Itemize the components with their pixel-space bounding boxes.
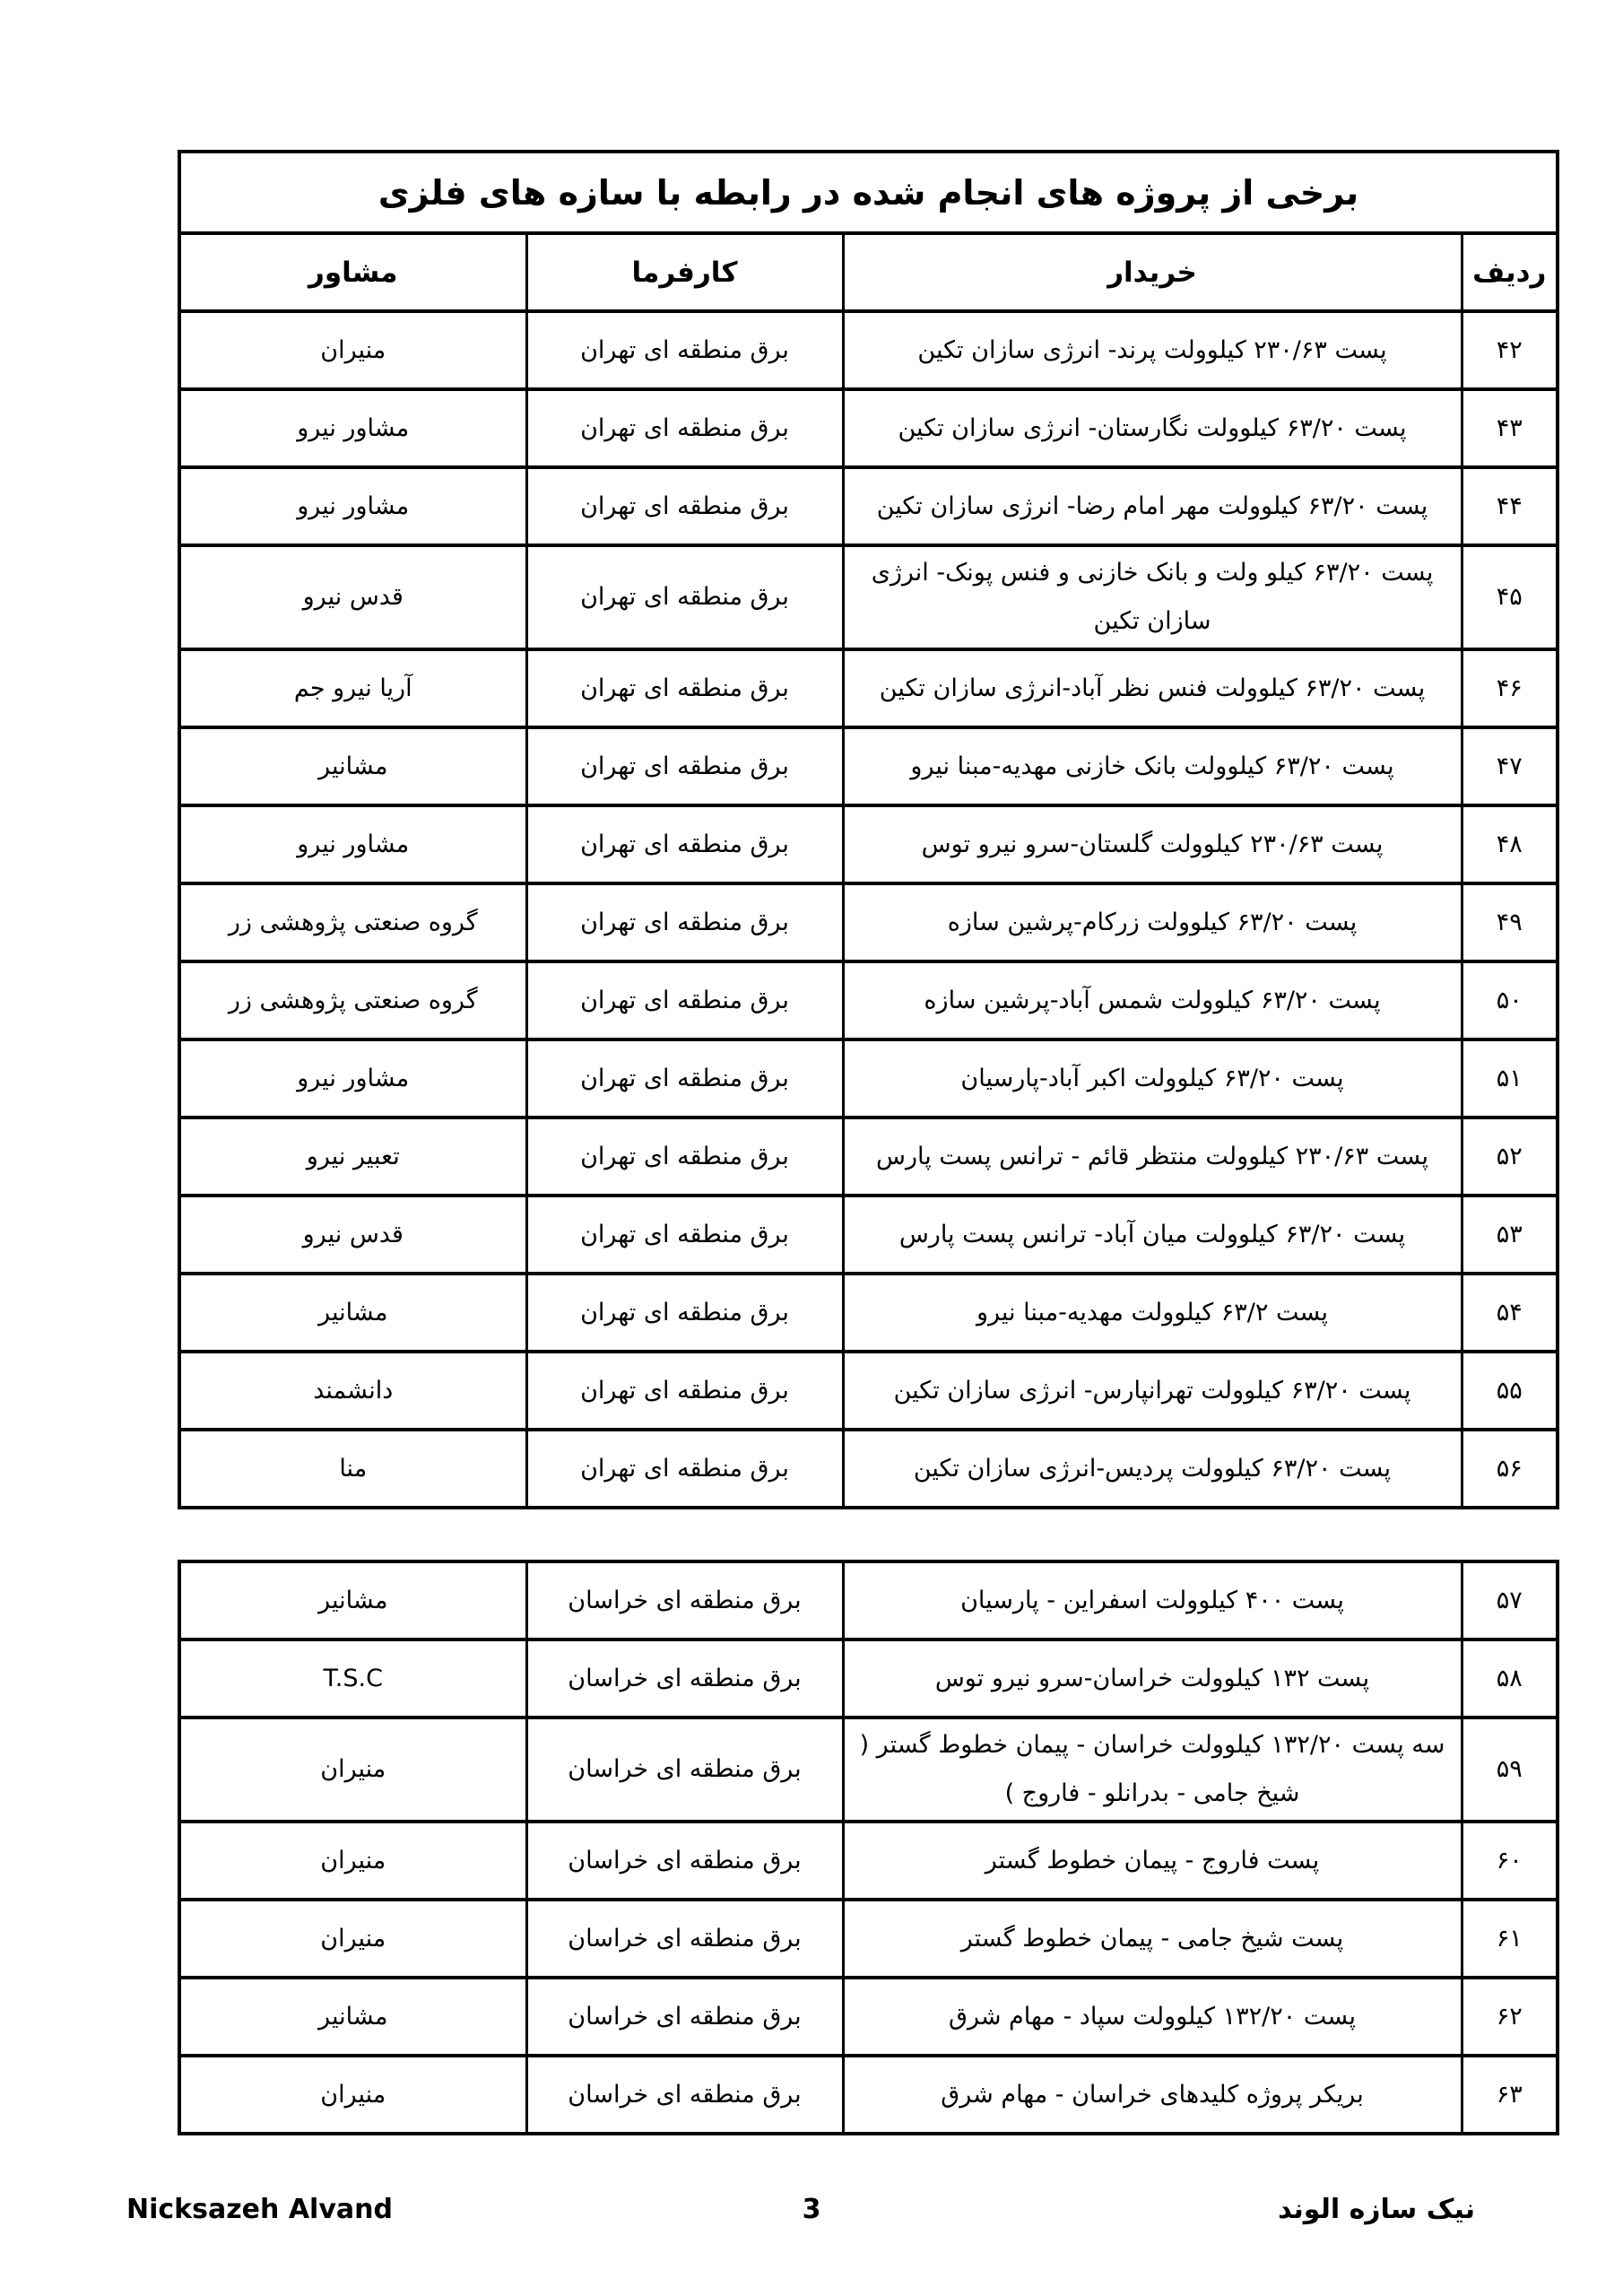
employer-cell: برق منطقه ای خراسان <box>526 1900 843 1978</box>
table-row: ۵۸ پست ۱۳۲ کیلوولت خراسان-سرو نیرو توس ب… <box>179 1639 1558 1718</box>
table-row: ۴۶ پست ۶۳/۲۰ کیلوولت فنس نظر آباد-انرژی … <box>179 649 1558 727</box>
buyer-cell: پست ۴۰۰ کیلوولت اسفراین - پارسیان <box>843 1561 1462 1639</box>
employer-cell: برق منطقه ای تهران <box>526 389 843 467</box>
table-row: ۴۸ پست ۲۳۰/۶۳ کیلوولت گلستان-سرو نیرو تو… <box>179 805 1558 883</box>
consultant-cell: مشانیر <box>179 727 526 805</box>
employer-cell: برق منطقه ای تهران <box>526 1196 843 1274</box>
consultant-cell: آریا نیرو جم <box>179 649 526 727</box>
table-title-row: برخی از پروژه های انجام شده در رابطه با … <box>179 152 1558 233</box>
table-row: ۵۶ پست ۶۳/۲۰ کیلوولت پردیس-انرژی سازان ت… <box>179 1430 1558 1508</box>
consultant-cell: مشانیر <box>179 1561 526 1639</box>
buyer-cell: پست ۶۳/۲۰ کیلوولت فنس نظر آباد-انرژی ساز… <box>843 649 1462 727</box>
employer-cell: برق منطقه ای تهران <box>526 1118 843 1196</box>
employer-cell: برق منطقه ای خراسان <box>526 1561 843 1639</box>
consultant-cell: مشاور نیرو <box>179 1039 526 1118</box>
buyer-cell: پست ۶۳/۲۰ کیلوولت زرکام-پرشین سازه <box>843 883 1462 961</box>
row-number-cell: ۴۴ <box>1462 467 1558 545</box>
employer-cell: برق منطقه ای تهران <box>526 1039 843 1118</box>
employer-cell: برق منطقه ای خراسان <box>526 1718 843 1822</box>
col-header-buyer: خریدار <box>843 233 1462 311</box>
table-row: ۵۴ پست ۶۳/۲ کیلوولت مهدیه-مبنا نیرو برق … <box>179 1274 1558 1352</box>
table-row: ۶۰ پست فاروج - پیمان خطوط گستر برق منطقه… <box>179 1822 1558 1900</box>
row-number-cell: ۵۵ <box>1462 1352 1558 1430</box>
consultant-cell: گروه صنعتی پژوهشی زر <box>179 961 526 1039</box>
buyer-cell: پست شیخ جامی - پیمان خطوط گستر <box>843 1900 1462 1978</box>
row-number-cell: ۵۱ <box>1462 1039 1558 1118</box>
consultant-cell: قدس نیرو <box>179 545 526 649</box>
row-number-cell: ۵۶ <box>1462 1430 1558 1508</box>
consultant-cell: منیران <box>179 311 526 389</box>
row-number-cell: ۶۱ <box>1462 1900 1558 1978</box>
employer-cell: برق منطقه ای تهران <box>526 883 843 961</box>
consultant-cell: T.S.C <box>179 1639 526 1718</box>
consultant-cell: مشاور نیرو <box>179 805 526 883</box>
employer-cell: برق منطقه ای تهران <box>526 727 843 805</box>
table-title: برخی از پروژه های انجام شده در رابطه با … <box>179 152 1558 233</box>
table1-body: ۴۲ پست ۲۳۰/۶۳ کیلوولت پرند- انرژی سازان … <box>179 311 1558 1508</box>
buyer-cell: پست ۲۳۰/۶۳ کیلوولت گلستان-سرو نیرو توس <box>843 805 1462 883</box>
table-row: ۵۲ پست ۲۳۰/۶۳ کیلوولت منتظر قائم - ترانس… <box>179 1118 1558 1196</box>
consultant-cell: دانشمند <box>179 1352 526 1430</box>
employer-cell: برق منطقه ای تهران <box>526 1274 843 1352</box>
row-number-cell: ۵۸ <box>1462 1639 1558 1718</box>
consultant-cell: مشاور نیرو <box>179 467 526 545</box>
table-row: ۶۲ پست ۱۳۲/۲۰ کیلوولت سپاد - مهام شرق بر… <box>179 1978 1558 2056</box>
row-number-cell: ۵۹ <box>1462 1718 1558 1822</box>
col-header-row-number: ردیف <box>1462 233 1558 311</box>
buyer-cell: پست ۱۳۲/۲۰ کیلوولت سپاد - مهام شرق <box>843 1978 1462 2056</box>
consultant-cell: مشاور نیرو <box>179 389 526 467</box>
buyer-cell: پست فاروج - پیمان خطوط گستر <box>843 1822 1462 1900</box>
table-row: ۵۰ پست ۶۳/۲۰ کیلوولت شمس آباد-پرشین سازه… <box>179 961 1558 1039</box>
projects-table-tehran: برخی از پروژه های انجام شده در رابطه با … <box>178 150 1559 1509</box>
employer-cell: برق منطقه ای تهران <box>526 649 843 727</box>
row-number-cell: ۴۷ <box>1462 727 1558 805</box>
buyer-cell: پست ۶۳/۲۰ کیلوولت پردیس-انرژی سازان تکین <box>843 1430 1462 1508</box>
row-number-cell: ۵۴ <box>1462 1274 1558 1352</box>
employer-cell: برق منطقه ای تهران <box>526 311 843 389</box>
consultant-cell: منیران <box>179 2056 526 2134</box>
row-number-cell: ۴۳ <box>1462 389 1558 467</box>
projects-table-khorasan: ۵۷ پست ۴۰۰ کیلوولت اسفراین - پارسیان برق… <box>178 1560 1559 2135</box>
document-page: برخی از پروژه های انجام شده در رابطه با … <box>0 0 1623 2296</box>
buyer-cell: پست ۶۳/۲۰ کیلوولت میان آباد- ترانس پست پ… <box>843 1196 1462 1274</box>
consultant-cell: منیران <box>179 1718 526 1822</box>
buyer-cell: بریکر پروژه کلیدهای خراسان - مهام شرق <box>843 2056 1462 2134</box>
buyer-cell: پست ۶۳/۲ کیلوولت مهدیه-مبنا نیرو <box>843 1274 1462 1352</box>
table-row: ۵۷ پست ۴۰۰ کیلوولت اسفراین - پارسیان برق… <box>179 1561 1558 1639</box>
row-number-cell: ۵۳ <box>1462 1196 1558 1274</box>
col-header-consultant: مشاور <box>179 233 526 311</box>
consultant-cell: تعبیر نیرو <box>179 1118 526 1196</box>
consultant-cell: مشانیر <box>179 1978 526 2056</box>
buyer-cell: پست ۶۳/۲۰ کیلوولت بانک خازنی مهدیه-مبنا … <box>843 727 1462 805</box>
consultant-cell: قدس نیرو <box>179 1196 526 1274</box>
table-row: ۴۷ پست ۶۳/۲۰ کیلوولت بانک خازنی مهدیه-مب… <box>179 727 1558 805</box>
table-row: ۶۳ بریکر پروژه کلیدهای خراسان - مهام شرق… <box>179 2056 1558 2134</box>
consultant-cell: مشانیر <box>179 1274 526 1352</box>
row-number-cell: ۵۷ <box>1462 1561 1558 1639</box>
table-row: ۴۲ پست ۲۳۰/۶۳ کیلوولت پرند- انرژی سازان … <box>179 311 1558 389</box>
buyer-cell: پست ۲۳۰/۶۳ کیلوولت پرند- انرژی سازان تکی… <box>843 311 1462 389</box>
table-row: ۴۹ پست ۶۳/۲۰ کیلوولت زرکام-پرشین سازه بر… <box>179 883 1558 961</box>
employer-cell: برق منطقه ای خراسان <box>526 2056 843 2134</box>
row-number-cell: ۶۲ <box>1462 1978 1558 2056</box>
buyer-cell: سه پست ۱۳۲/۲۰ کیلوولت خراسان - پیمان خطو… <box>843 1718 1462 1822</box>
footer-company-name-persian: نیک سازه الوند <box>1278 2194 1475 2225</box>
buyer-cell: پست ۶۳/۲۰ کیلوولت نگارستان- انرژی سازان … <box>843 389 1462 467</box>
employer-cell: برق منطقه ای تهران <box>526 467 843 545</box>
employer-cell: برق منطقه ای تهران <box>526 805 843 883</box>
row-number-cell: ۴۹ <box>1462 883 1558 961</box>
page-content: برخی از پروژه های انجام شده در رابطه با … <box>178 150 1556 2135</box>
buyer-cell: پست ۶۳/۲۰ کیلوولت تهرانپارس- انرژی سازان… <box>843 1352 1462 1430</box>
table-row: ۵۳ پست ۶۳/۲۰ کیلوولت میان آباد- ترانس پس… <box>179 1196 1558 1274</box>
row-number-cell: ۴۶ <box>1462 649 1558 727</box>
buyer-cell: پست ۱۳۲ کیلوولت خراسان-سرو نیرو توس <box>843 1639 1462 1718</box>
table-row: ۵۹ سه پست ۱۳۲/۲۰ کیلوولت خراسان - پیمان … <box>179 1718 1558 1822</box>
table2-body: ۵۷ پست ۴۰۰ کیلوولت اسفراین - پارسیان برق… <box>179 1561 1558 2134</box>
row-number-cell: ۵۲ <box>1462 1118 1558 1196</box>
table-row: ۴۳ پست ۶۳/۲۰ کیلوولت نگارستان- انرژی ساز… <box>179 389 1558 467</box>
consultant-cell: گروه صنعتی پژوهشی زر <box>179 883 526 961</box>
row-number-cell: ۴۸ <box>1462 805 1558 883</box>
consultant-cell: منیران <box>179 1900 526 1978</box>
employer-cell: برق منطقه ای خراسان <box>526 1639 843 1718</box>
employer-cell: برق منطقه ای تهران <box>526 961 843 1039</box>
table-header-row: ردیف خریدار کارفرما مشاور <box>179 233 1558 311</box>
employer-cell: برق منطقه ای خراسان <box>526 1978 843 2056</box>
buyer-cell: پست ۲۳۰/۶۳ کیلوولت منتظر قائم - ترانس پس… <box>843 1118 1462 1196</box>
consultant-cell: منا <box>179 1430 526 1508</box>
table-row: ۵۵ پست ۶۳/۲۰ کیلوولت تهرانپارس- انرژی سا… <box>179 1352 1558 1430</box>
page-footer: Nicksazeh Alvand 3 نیک سازه الوند <box>0 2194 1623 2230</box>
row-number-cell: ۵۰ <box>1462 961 1558 1039</box>
table-row: ۶۱ پست شیخ جامی - پیمان خطوط گستر برق من… <box>179 1900 1558 1978</box>
employer-cell: برق منطقه ای تهران <box>526 1352 843 1430</box>
buyer-cell: پست ۶۳/۲۰ کیلو ولت و بانک خازنی و فنس پو… <box>843 545 1462 649</box>
buyer-cell: پست ۶۳/۲۰ کیلوولت مهر امام رضا- انرژی سا… <box>843 467 1462 545</box>
table-row: ۵۱ پست ۶۳/۲۰ کیلوولت اکبر آباد-پارسیان ب… <box>179 1039 1558 1118</box>
col-header-employer: کارفرما <box>526 233 843 311</box>
row-number-cell: ۶۰ <box>1462 1822 1558 1900</box>
row-number-cell: ۶۳ <box>1462 2056 1558 2134</box>
consultant-cell: منیران <box>179 1822 526 1900</box>
row-number-cell: ۴۵ <box>1462 545 1558 649</box>
table-row: ۴۵ پست ۶۳/۲۰ کیلو ولت و بانک خازنی و فنس… <box>179 545 1558 649</box>
buyer-cell: پست ۶۳/۲۰ کیلوولت اکبر آباد-پارسیان <box>843 1039 1462 1118</box>
employer-cell: برق منطقه ای تهران <box>526 1430 843 1508</box>
employer-cell: برق منطقه ای تهران <box>526 545 843 649</box>
employer-cell: برق منطقه ای خراسان <box>526 1822 843 1900</box>
table-row: ۴۴ پست ۶۳/۲۰ کیلوولت مهر امام رضا- انرژی… <box>179 467 1558 545</box>
buyer-cell: پست ۶۳/۲۰ کیلوولت شمس آباد-پرشین سازه <box>843 961 1462 1039</box>
row-number-cell: ۴۲ <box>1462 311 1558 389</box>
